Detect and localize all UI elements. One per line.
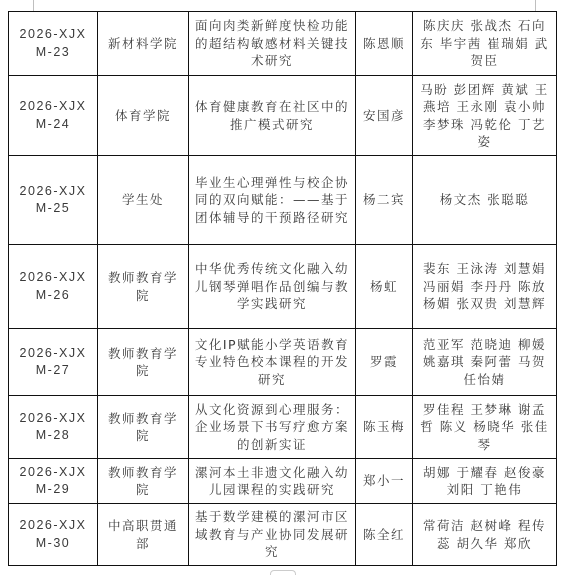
department-cell: 教师教育学院: [98, 459, 189, 504]
project-leader-cell: 杨虹: [356, 245, 413, 329]
project-leader-cell: 陈全红: [356, 504, 413, 566]
project-title-cell: 基于数学建模的漯河市区域教育与产业协同发展研究: [189, 504, 356, 566]
project-leader-cell: 罗霞: [356, 329, 413, 396]
table-row: 2026-XJXM-29教师教育学院漯河本土非遗文化融入幼儿园课程的实践研究郑小…: [9, 459, 557, 504]
team-members-cell: 罗佳程 王梦琳 谢孟哲 陈义 杨晓华 张佳琴: [413, 396, 557, 459]
team-members-cell: 范亚军 范晓迪 柳媛 姚嘉琪 秦阿蕾 马贺 任怡婧: [413, 329, 557, 396]
page-indicator: [270, 570, 296, 575]
team-members-cell: 常荷洁 赵树峰 程传蕊 胡久华 郑欣: [413, 504, 557, 566]
project-code-cell: 2026-XJXM-23: [9, 12, 98, 76]
team-members-cell: 裴东 王泳涛 刘慧娟 冯丽娟 李丹丹 陈放 杨媚 张双贵 刘慧辉: [413, 245, 557, 329]
project-code-cell: 2026-XJXM-26: [9, 245, 98, 329]
team-members-cell: 陈庆庆 张战杰 石向东 毕宇茜 崔瑞娟 武贺臣: [413, 12, 557, 76]
project-code-cell: 2026-XJXM-24: [9, 76, 98, 156]
project-code-cell: 2026-XJXM-27: [9, 329, 98, 396]
project-leader-cell: 杨二宾: [356, 156, 413, 245]
project-leader-cell: 陈玉梅: [356, 396, 413, 459]
project-leader-cell: 安国彦: [356, 76, 413, 156]
table-row: 2026-XJXM-23新材料学院面向肉类新鲜度快检功能的超结构敏感材料关键技术…: [9, 12, 557, 76]
project-code-cell: 2026-XJXM-25: [9, 156, 98, 245]
project-title-cell: 中华优秀传统文化融入幼儿钢琴弹唱作品创编与教学实践研究: [189, 245, 356, 329]
department-cell: 中高职贯通部: [98, 504, 189, 566]
department-cell: 学生处: [98, 156, 189, 245]
project-code-cell: 2026-XJXM-29: [9, 459, 98, 504]
project-title-cell: 毕业生心理弹性与校企协同的双向赋能：——基于团体辅导的干预路径研究: [189, 156, 356, 245]
table-row: 2026-XJXM-24体育学院体育健康教育在社区中的推广模式研究安国彦马盼 彭…: [9, 76, 557, 156]
project-code-cell: 2026-XJXM-28: [9, 396, 98, 459]
project-code-cell: 2026-XJXM-30: [9, 504, 98, 566]
project-title-cell: 面向肉类新鲜度快检功能的超结构敏感材料关键技术研究: [189, 12, 356, 76]
department-cell: 新材料学院: [98, 12, 189, 76]
project-list-table: 2026-XJXM-23新材料学院面向肉类新鲜度快检功能的超结构敏感材料关键技术…: [8, 11, 557, 566]
team-members-cell: 马盼 彭团辉 黄斌 王燕培 王永刚 袁小帅 李梦珠 冯乾伦 丁艺姿: [413, 76, 557, 156]
table-row: 2026-XJXM-25学生处毕业生心理弹性与校企协同的双向赋能：——基于团体辅…: [9, 156, 557, 245]
department-cell: 教师教育学院: [98, 396, 189, 459]
project-title-cell: 从文化资源到心理服务：企业场景下书写疗愈方案的创新实证: [189, 396, 356, 459]
project-leader-cell: 郑小一: [356, 459, 413, 504]
project-leader-cell: 陈恩顺: [356, 12, 413, 76]
team-members-cell: 胡娜 于耀春 赵俊豪 刘阳 丁艳伟: [413, 459, 557, 504]
department-cell: 教师教育学院: [98, 245, 189, 329]
table-row: 2026-XJXM-30中高职贯通部基于数学建模的漯河市区域教育与产业协同发展研…: [9, 504, 557, 566]
project-title-cell: 漯河本土非遗文化融入幼儿园课程的实践研究: [189, 459, 356, 504]
department-cell: 教师教育学院: [98, 329, 189, 396]
table-row: 2026-XJXM-28教师教育学院从文化资源到心理服务：企业场景下书写疗愈方案…: [9, 396, 557, 459]
department-cell: 体育学院: [98, 76, 189, 156]
table-row: 2026-XJXM-27教师教育学院文化IP赋能小学英语教育专业特色校本课程的开…: [9, 329, 557, 396]
project-title-cell: 文化IP赋能小学英语教育专业特色校本课程的开发研究: [189, 329, 356, 396]
team-members-cell: 杨文杰 张聪聪: [413, 156, 557, 245]
table-row: 2026-XJXM-26教师教育学院中华优秀传统文化融入幼儿钢琴弹唱作品创编与教…: [9, 245, 557, 329]
project-title-cell: 体育健康教育在社区中的推广模式研究: [189, 76, 356, 156]
